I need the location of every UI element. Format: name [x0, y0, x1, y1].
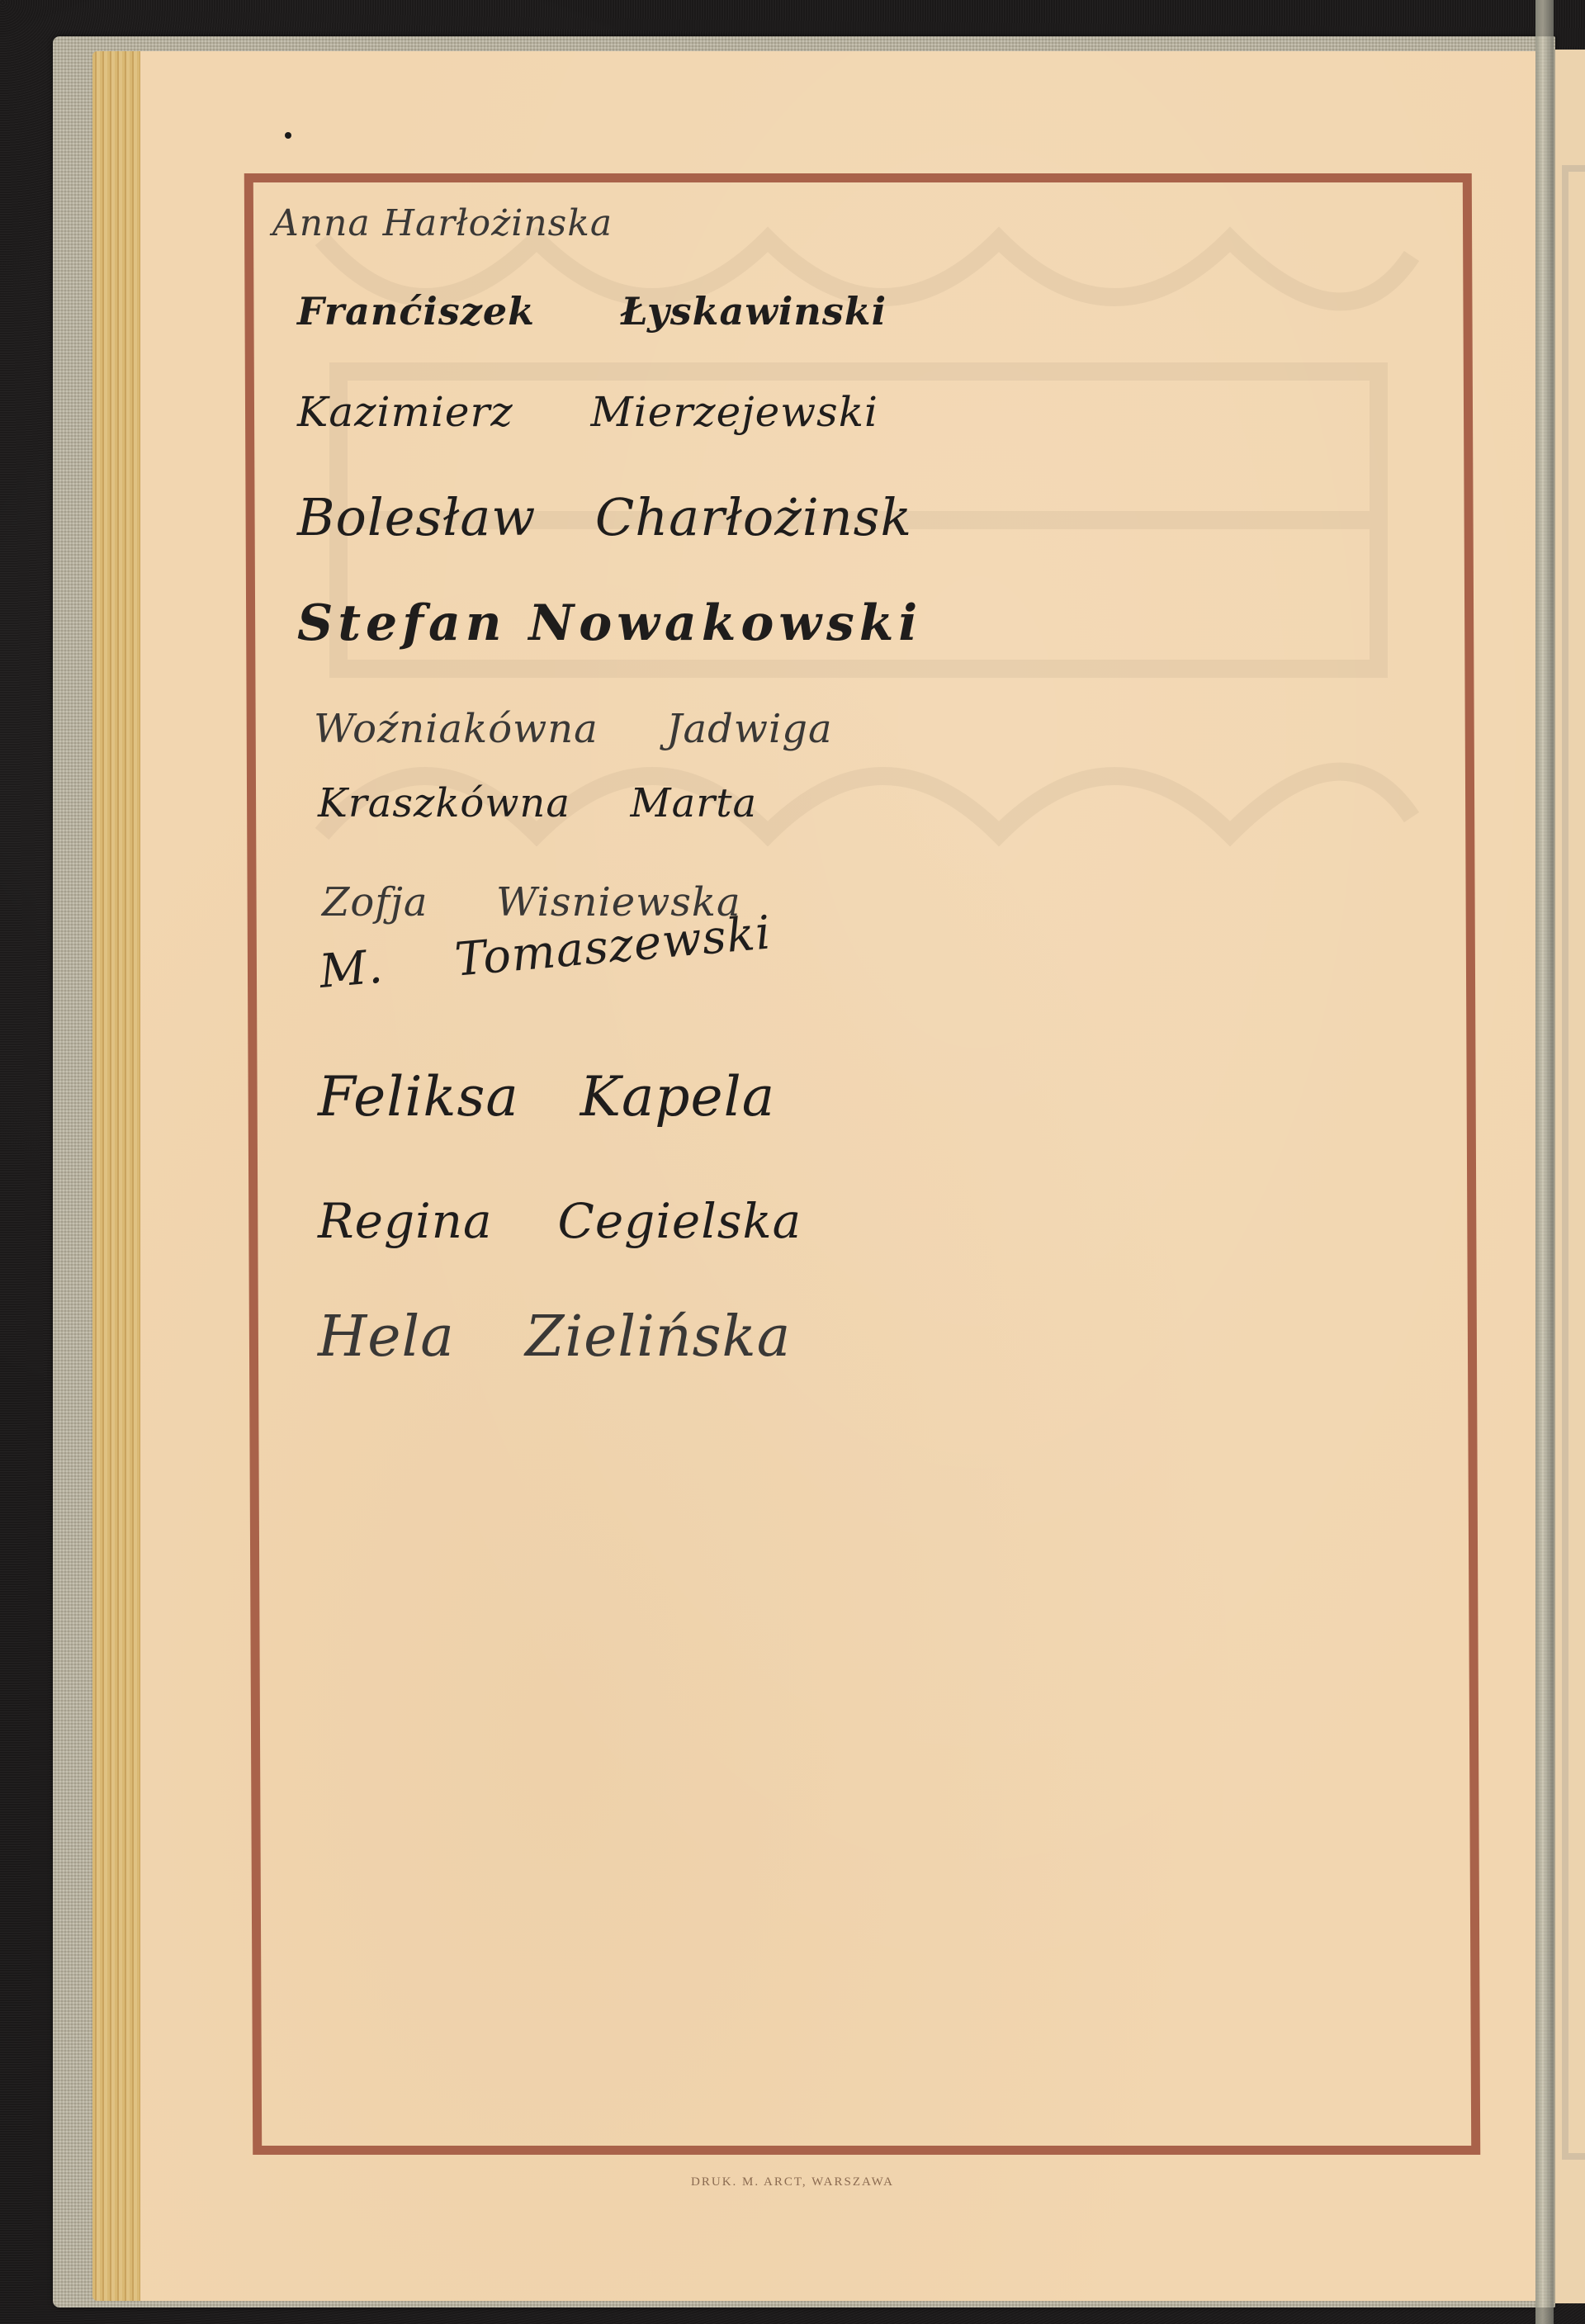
last-name: Charłożinsk	[595, 487, 912, 547]
decorative-red-frame	[244, 173, 1480, 2155]
glass-plate-edge	[1535, 0, 1554, 2324]
last-name: Jadwiga	[666, 706, 832, 752]
last-name: Kapela	[580, 1065, 775, 1129]
adjacent-page-frame	[1562, 165, 1585, 2160]
signature-1: Anna Harłożinska	[272, 202, 613, 244]
last-name: Zielińska	[525, 1304, 791, 1370]
first-name: Zofja	[322, 879, 428, 925]
signature-11: Regina Cegielska	[318, 1193, 802, 1249]
signature-3: Kazimierz Mierzejewski	[297, 388, 878, 436]
first-name: Woźniakówna	[314, 706, 599, 752]
first-name: Kraszkówna	[318, 780, 570, 826]
first-name: Bolesław	[297, 487, 536, 547]
last-name: Nowakowski	[528, 594, 922, 652]
first-name: Hela	[318, 1304, 455, 1370]
signature-5: Stefan Nowakowski	[297, 594, 922, 652]
signature-12: Hela Zielińska	[318, 1304, 791, 1370]
gilded-page-edges	[92, 51, 140, 2301]
signature-4: Bolesław Charłożinsk	[297, 487, 912, 547]
signature-text: Anna Harłożinska	[272, 202, 613, 244]
last-name: Mierzejewski	[591, 388, 878, 436]
first-name: M.	[317, 940, 386, 999]
signature-6: Woźniakówna Jadwiga	[314, 706, 833, 752]
signature-7: Kraszkówna Marta	[318, 780, 757, 826]
last-name: Łyskawinski	[621, 289, 887, 334]
first-name: Stefan	[297, 594, 507, 652]
last-name: Marta	[630, 780, 757, 826]
printer-imprint: DRUK. M. ARCT, WARSZAWA	[0, 2175, 1585, 2189]
ink-dot	[285, 132, 291, 139]
last-name: Cegielska	[557, 1193, 802, 1249]
signature-10: Feliksa Kapela	[318, 1065, 775, 1129]
signature-2: Franćiszek Łyskawinski	[297, 289, 887, 334]
first-name: Regina	[318, 1193, 493, 1249]
first-name: Kazimierz	[297, 388, 513, 436]
first-name: Franćiszek	[297, 289, 535, 334]
first-name: Feliksa	[318, 1065, 519, 1129]
